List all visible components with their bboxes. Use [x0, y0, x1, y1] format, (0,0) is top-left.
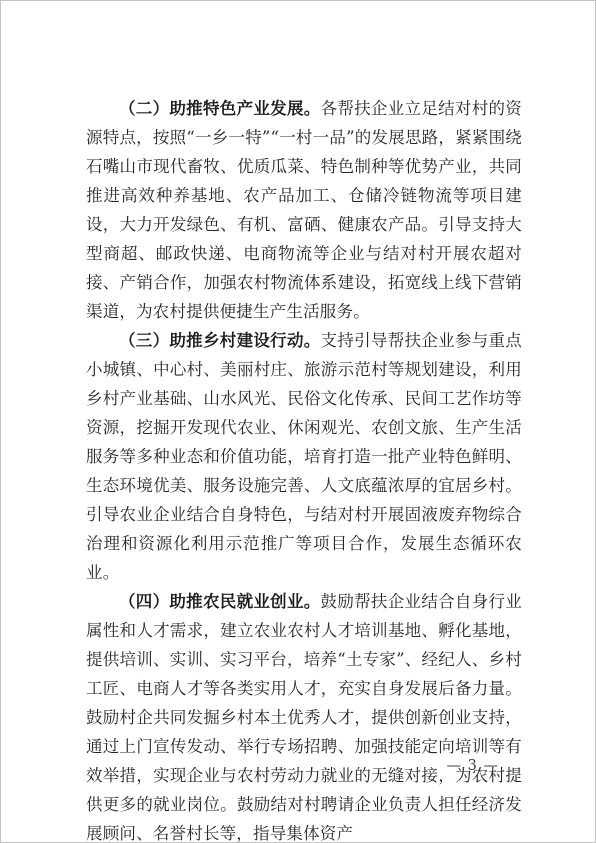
paragraph: （三）助推乡村建设行动。支持引导帮扶企业参与重点小城镇、中心村、美丽村庄、旅游示…	[86, 326, 522, 587]
paragraph-heading: （四）助推农民就业创业。	[119, 592, 321, 611]
paragraph: （二）助推特色产业发展。各帮扶企业立足结对村的资源特点，按照“一乡一特”“一村一…	[86, 94, 522, 326]
paragraph-body: 鼓励帮扶企业结合自身行业属性和人才需求，建立农业农村人才培训基地、孵化基地，提供…	[86, 592, 522, 843]
document-body: （二）助推特色产业发展。各帮扶企业立足结对村的资源特点，按照“一乡一特”“一村一…	[86, 94, 522, 843]
paragraph-heading: （三）助推乡村建设行动。	[119, 331, 321, 350]
page-number: — 3 —	[447, 757, 499, 775]
paragraph-body: 支持引导帮扶企业参与重点小城镇、中心村、美丽村庄、旅游示范村等规划建设，利用乡村…	[86, 331, 522, 582]
paragraph-heading: （二）助推特色产业发展。	[119, 99, 321, 118]
document-page: （二）助推特色产业发展。各帮扶企业立足结对村的资源特点，按照“一乡一特”“一村一…	[0, 0, 596, 843]
paragraph-body: 各帮扶企业立足结对村的资源特点，按照“一乡一特”“一村一品”的发展思路，紧紧围绕…	[86, 99, 522, 321]
paragraph: （四）助推农民就业创业。鼓励帮扶企业结合自身行业属性和人才需求，建立农业农村人才…	[86, 587, 522, 843]
